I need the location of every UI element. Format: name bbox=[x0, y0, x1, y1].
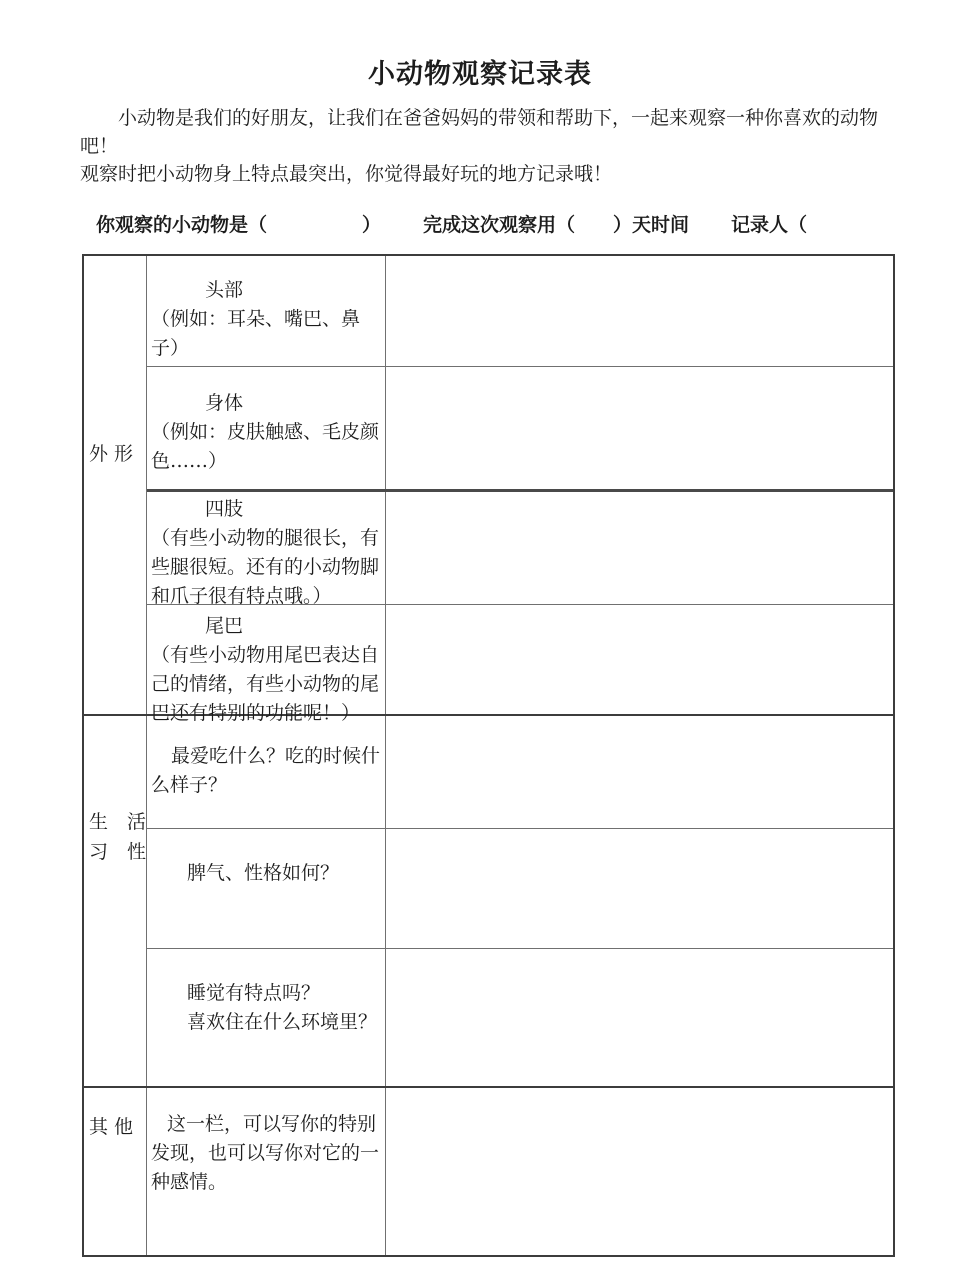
row-title: 头部 bbox=[151, 276, 381, 305]
category-cell-habits: 生 活 习 性 bbox=[84, 716, 147, 1086]
row-question: 最爱吃什么？吃的时候什 么样子？ bbox=[151, 742, 381, 800]
field-recorder: 记录人（ bbox=[731, 210, 807, 237]
table-row-food: 最爱吃什么？吃的时候什 么样子？ bbox=[147, 716, 893, 828]
intro-paragraph: 小动物是我们的好朋友，让我们在爸爸妈妈的带领和帮助下，一起来观察一种你喜欢的动物… bbox=[80, 104, 882, 188]
answer-cell bbox=[386, 492, 893, 604]
row-note: （有些小动物用尾巴表达自 己的情绪，有些小动物的尾 巴还有特别的功能呢！） bbox=[151, 641, 381, 728]
category-cell-other: 其他 bbox=[84, 1088, 147, 1255]
row-title: 四肢 bbox=[151, 495, 381, 524]
category-label: 外形 bbox=[89, 439, 146, 469]
category-cell-appearance: 外形 bbox=[84, 256, 147, 714]
section-rows: 头部 （例如：耳朵、嘴巴、鼻子） 身体 （例如：皮肤触感、毛皮颜 色……） 四肢 bbox=[147, 256, 893, 714]
answer-cell bbox=[386, 829, 893, 948]
prompt-cell: 四肢 （有些小动物的腿很长，有 些腿很短。还有的小动物脚 和爪子很有特点哦。） bbox=[147, 492, 386, 604]
field-animal-name: 你观察的小动物是（ ） bbox=[96, 210, 381, 237]
prompt-cell: 尾巴 （有些小动物用尾巴表达自 己的情绪，有些小动物的尾 巴还有特别的功能呢！） bbox=[147, 605, 386, 714]
prompt-cell: 头部 （例如：耳朵、嘴巴、鼻子） bbox=[147, 256, 386, 366]
table-row-sleep: 睡觉有特点吗？ 喜欢住在什么环境里？ bbox=[147, 948, 893, 1086]
observation-table: 外形 头部 （例如：耳朵、嘴巴、鼻子） 身体 （例如：皮肤触感、毛皮颜 色……） bbox=[82, 254, 895, 1257]
row-note: （例如：皮肤触感、毛皮颜 色……） bbox=[151, 418, 381, 476]
section-rows: 这一栏，可以写你的特别 发现，也可以写你对它的一 种感情。 bbox=[147, 1088, 893, 1255]
section-other: 其他 这一栏，可以写你的特别 发现，也可以写你对它的一 种感情。 bbox=[84, 1086, 893, 1255]
answer-cell bbox=[386, 1088, 893, 1255]
prompt-cell: 脾气、性格如何？ bbox=[147, 829, 386, 948]
table-row-other: 这一栏，可以写你的特别 发现，也可以写你对它的一 种感情。 bbox=[147, 1088, 893, 1255]
row-note: 这一栏，可以写你的特别 发现，也可以写你对它的一 种感情。 bbox=[151, 1110, 381, 1197]
intro-line-2: 观察时把小动物身上特点最突出，你觉得最好玩的地方记录哦！ bbox=[80, 160, 882, 188]
row-title: 尾巴 bbox=[151, 612, 381, 641]
field-duration-days: 完成这次观察用（ ）天时间 bbox=[423, 210, 689, 237]
prompt-cell: 这一栏，可以写你的特别 发现，也可以写你对它的一 种感情。 bbox=[147, 1088, 386, 1255]
table-row-limbs: 四肢 （有些小动物的腿很长，有 些腿很短。还有的小动物脚 和爪子很有特点哦。） bbox=[147, 489, 893, 604]
section-habits: 生 活 习 性 最爱吃什么？吃的时候什 么样子？ 脾气、性格如何？ bbox=[84, 714, 893, 1086]
answer-cell bbox=[386, 605, 893, 714]
row-note: （有些小动物的腿很长，有 些腿很短。还有的小动物脚 和爪子很有特点哦。） bbox=[151, 524, 381, 611]
document-page: 小动物观察记录表 小动物是我们的好朋友，让我们在爸爸妈妈的带领和帮助下，一起来观… bbox=[0, 0, 960, 1280]
table-row-tail: 尾巴 （有些小动物用尾巴表达自 己的情绪，有些小动物的尾 巴还有特别的功能呢！） bbox=[147, 604, 893, 714]
section-appearance: 外形 头部 （例如：耳朵、嘴巴、鼻子） 身体 （例如：皮肤触感、毛皮颜 色……） bbox=[84, 256, 893, 714]
prompt-cell: 最爱吃什么？吃的时候什 么样子？ bbox=[147, 716, 386, 828]
category-label: 其他 bbox=[89, 1112, 146, 1142]
table-row-head: 头部 （例如：耳朵、嘴巴、鼻子） bbox=[147, 256, 893, 366]
table-row-temperament: 脾气、性格如何？ bbox=[147, 828, 893, 948]
form-fields-line: 你观察的小动物是（ ） 完成这次观察用（ ）天时间 记录人（ bbox=[96, 210, 960, 237]
intro-line-1: 小动物是我们的好朋友，让我们在爸爸妈妈的带领和帮助下，一起来观察一种你喜欢的动物… bbox=[80, 104, 882, 160]
row-question: 脾气、性格如何？ bbox=[187, 859, 381, 888]
table-row-body: 身体 （例如：皮肤触感、毛皮颜 色……） bbox=[147, 366, 893, 489]
answer-cell bbox=[386, 367, 893, 489]
answer-cell bbox=[386, 716, 893, 828]
row-question: 睡觉有特点吗？ 喜欢住在什么环境里？ bbox=[187, 979, 381, 1037]
answer-cell bbox=[386, 256, 893, 366]
category-label-line-2: 习 性 bbox=[89, 837, 146, 867]
prompt-cell: 身体 （例如：皮肤触感、毛皮颜 色……） bbox=[147, 367, 386, 489]
section-rows: 最爱吃什么？吃的时候什 么样子？ 脾气、性格如何？ 睡觉有特点吗？ 喜欢住在什么… bbox=[147, 716, 893, 1086]
category-label-line-1: 生 活 bbox=[89, 807, 146, 837]
prompt-cell: 睡觉有特点吗？ 喜欢住在什么环境里？ bbox=[147, 949, 386, 1086]
page-title: 小动物观察记录表 bbox=[0, 0, 960, 94]
answer-cell bbox=[386, 949, 893, 1086]
row-note: （例如：耳朵、嘴巴、鼻子） bbox=[151, 305, 381, 363]
row-title: 身体 bbox=[151, 389, 381, 418]
